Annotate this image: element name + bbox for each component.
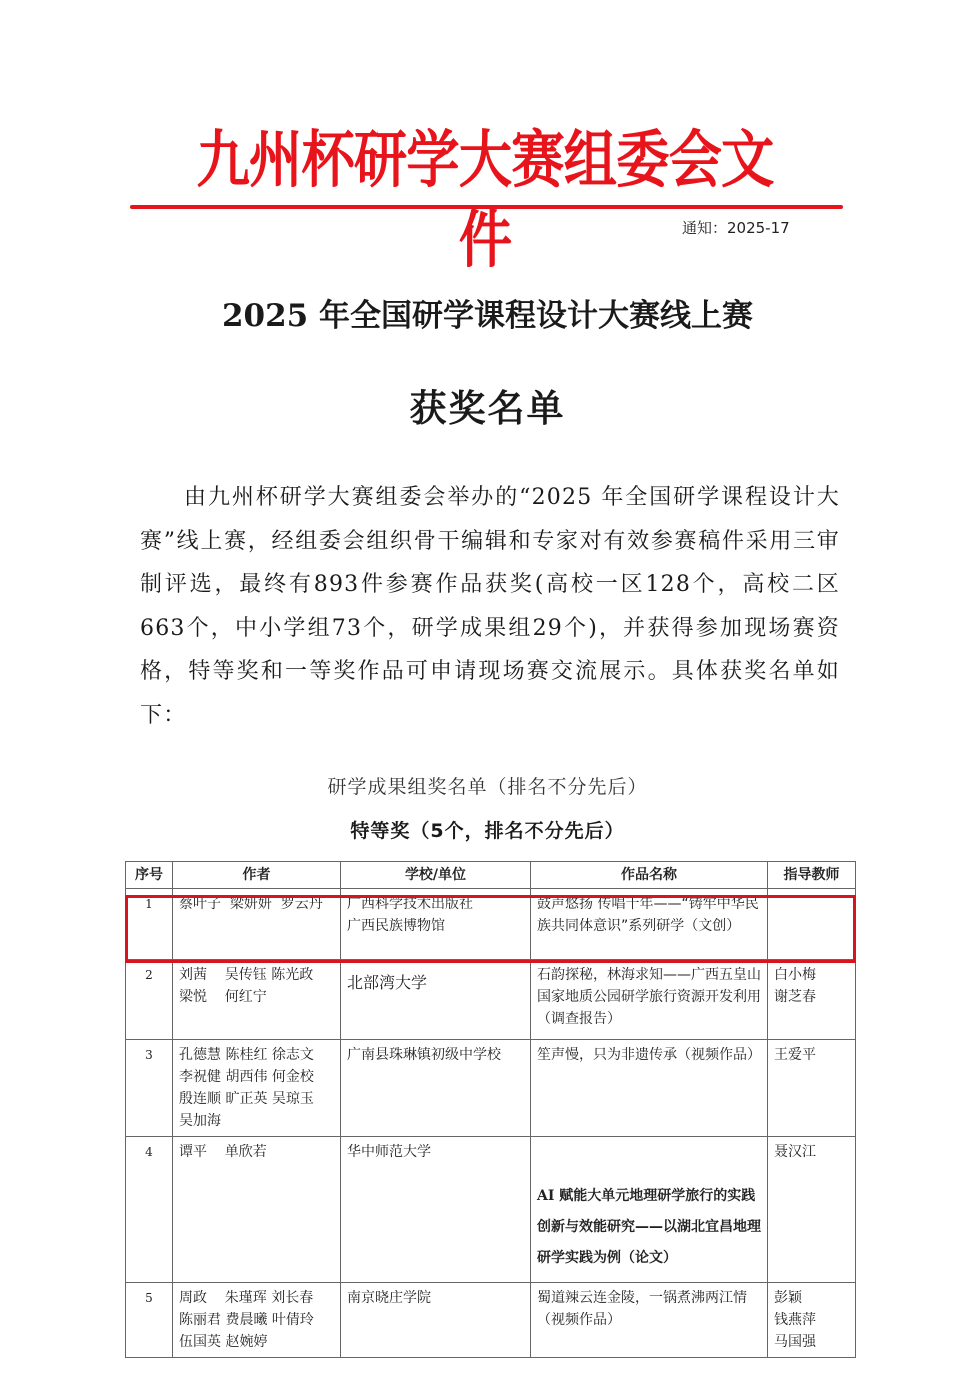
advisor-name: 王爱平	[774, 1044, 849, 1066]
awards-table: 序号 作者 学校/单位 作品名称 指导教师 1 蔡叶子 梁妍妍 罗云丹 广西科学…	[125, 861, 856, 1358]
table-row: 2 刘茜 吴传钰 陈光政 梁悦 何红宁 北部湾大学 石韵探秘，林海求知——广西五…	[126, 960, 856, 1040]
advisor-name: 白小梅	[774, 964, 849, 986]
work-title-text: 赋能大单元地理研学旅行的实践创新与效能研究——以湖北宜昌地理研学实践为例（论文）	[537, 1188, 761, 1266]
notice-number: 通知：2025-17	[682, 217, 790, 238]
masthead-red-rule	[130, 205, 843, 209]
unit-cell: 广南县珠琳镇初级中学校	[341, 1040, 531, 1137]
table-header-row: 序号 作者 学校/单位 作品名称 指导教师	[126, 862, 856, 889]
intro-text: 由九州杯研学大赛组委会举办的“2025 年全国研学课程设计大赛”线上赛，经组委会…	[140, 476, 840, 737]
column-header-advisors: 指导教师	[768, 862, 856, 889]
author-line: 周政 朱瑾珲 刘长春	[179, 1287, 334, 1309]
authors-cell: 周政 朱瑾珲 刘长春 陈丽君 费晨曦 叶倩玲 伍国英 赵婉婷	[173, 1283, 341, 1358]
work-title-cell: 鼓声悠扬 传唱千年——“铸牢中华民族共同体意识”系列研学（文创）	[531, 889, 768, 960]
author-line: 陈丽君 费晨曦 叶倩玲	[179, 1309, 334, 1331]
advisors-cell: 彭颖 钱燕萍 马国强	[768, 1283, 856, 1358]
work-title-cell: 笙声慢，只为非遗传承（视频作品）	[531, 1040, 768, 1137]
work-title-cell: 蜀道辣云连金陵，一锅煮沸两江情（视频作品）	[531, 1283, 768, 1358]
unit-line: 南京晓庄学院	[347, 1287, 524, 1309]
unit-cell: 北部湾大学	[341, 960, 531, 1040]
unit-line: 广南县珠琳镇初级中学校	[347, 1044, 524, 1066]
author-line: 吴加海	[179, 1110, 334, 1132]
row-number: 3	[126, 1040, 173, 1137]
advisors-cell: 王爱平	[768, 1040, 856, 1137]
list-caption: 研学成果组奖名单（排名不分先后）	[0, 772, 975, 799]
unit-line: 广西科学技术出版社	[347, 893, 524, 915]
unit-line: 北部湾大学	[347, 972, 524, 994]
author-line: 蔡叶子 梁妍妍 罗云丹	[179, 893, 334, 915]
work-title-prefix: AI	[537, 1188, 554, 1204]
document-title: 2025 年全国研学课程设计大赛线上赛	[0, 290, 975, 335]
document-masthead: 九州杯研学大赛组委会文件	[184, 120, 786, 280]
column-header-unit: 学校/单位	[341, 862, 531, 889]
unit-cell: 华中师范大学	[341, 1137, 531, 1283]
table-row: 3 孔德慧 陈桂红 徐志文 李祝健 胡西伟 何金校 殷连顺 旷正英 吴琼玉 吴加…	[126, 1040, 856, 1137]
row-number: 5	[126, 1283, 173, 1358]
author-line: 伍国英 赵婉婷	[179, 1331, 334, 1353]
authors-cell: 谭平 单欣若	[173, 1137, 341, 1283]
advisor-name: 谢芝春	[774, 986, 849, 1008]
advisors-cell: 白小梅 谢芝春	[768, 960, 856, 1040]
author-line: 梁悦 何红宁	[179, 986, 334, 1008]
advisor-name: 彭颖	[774, 1287, 849, 1309]
column-header-work: 作品名称	[531, 862, 768, 889]
table-row: 4 谭平 单欣若 华中师范大学 AI 赋能大单元地理研学旅行的实践创新与效能研究…	[126, 1137, 856, 1283]
author-line: 殷连顺 旷正英 吴琼玉	[179, 1088, 334, 1110]
work-title-block: AI 赋能大单元地理研学旅行的实践创新与效能研究——以湖北宜昌地理研学实践为例（…	[537, 1141, 761, 1274]
advisors-cell	[768, 889, 856, 960]
intro-paragraph: 由九州杯研学大赛组委会举办的“2025 年全国研学课程设计大赛”线上赛，经组委会…	[140, 476, 840, 737]
document-subtitle: 获奖名单	[0, 378, 975, 432]
row-number: 1	[126, 889, 173, 960]
work-title-cell: AI 赋能大单元地理研学旅行的实践创新与效能研究——以湖北宜昌地理研学实践为例（…	[531, 1137, 768, 1283]
advisor-name: 聂汉江	[774, 1141, 849, 1163]
authors-cell: 蔡叶子 梁妍妍 罗云丹	[173, 889, 341, 960]
row-number: 2	[126, 960, 173, 1040]
unit-line: 华中师范大学	[347, 1141, 524, 1163]
authors-cell: 刘茜 吴传钰 陈光政 梁悦 何红宁	[173, 960, 341, 1040]
award-tier-title: 特等奖（5个，排名不分先后）	[0, 816, 975, 843]
advisor-name: 马国强	[774, 1331, 849, 1353]
unit-cell: 广西科学技术出版社 广西民族博物馆	[341, 889, 531, 960]
advisor-name: 钱燕萍	[774, 1309, 849, 1331]
row-number: 4	[126, 1137, 173, 1283]
column-header-authors: 作者	[173, 862, 341, 889]
work-title-cell: 石韵探秘，林海求知——广西五皇山国家地质公园研学旅行资源开发利用（调查报告）	[531, 960, 768, 1040]
table-row: 5 周政 朱瑾珲 刘长春 陈丽君 费晨曦 叶倩玲 伍国英 赵婉婷 南京晓庄学院 …	[126, 1283, 856, 1358]
author-line: 李祝健 胡西伟 何金校	[179, 1066, 334, 1088]
unit-cell: 南京晓庄学院	[341, 1283, 531, 1358]
column-header-number: 序号	[126, 862, 173, 889]
author-line: 谭平 单欣若	[179, 1141, 334, 1163]
table-row: 1 蔡叶子 梁妍妍 罗云丹 广西科学技术出版社 广西民族博物馆 鼓声悠扬 传唱千…	[126, 889, 856, 960]
authors-cell: 孔德慧 陈桂红 徐志文 李祝健 胡西伟 何金校 殷连顺 旷正英 吴琼玉 吴加海	[173, 1040, 341, 1137]
author-line: 孔德慧 陈桂红 徐志文	[179, 1044, 334, 1066]
advisors-cell: 聂汉江	[768, 1137, 856, 1283]
author-line: 刘茜 吴传钰 陈光政	[179, 964, 334, 986]
unit-line: 广西民族博物馆	[347, 915, 524, 937]
